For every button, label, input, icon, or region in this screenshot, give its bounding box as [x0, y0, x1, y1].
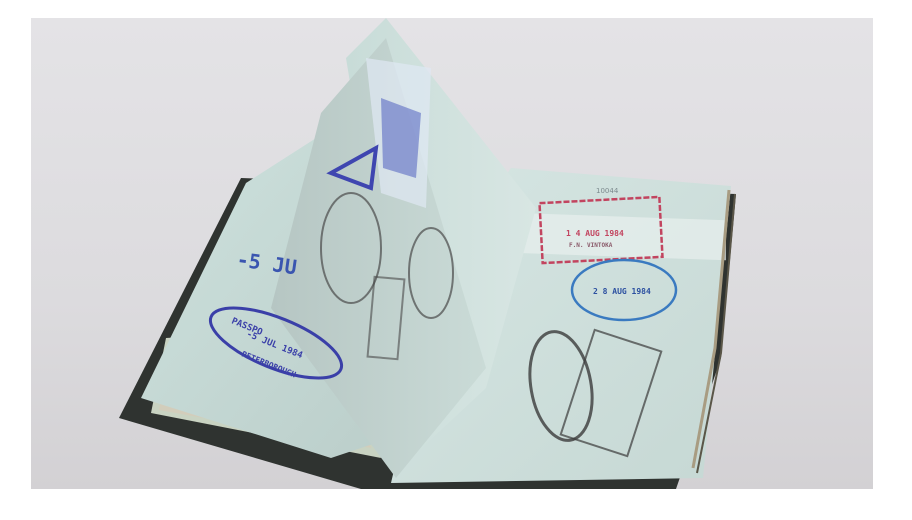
svg-text:2 8 AUG 1984: 2 8 AUG 1984	[593, 287, 651, 296]
passport-illustration: -5 JU PASSPO -5 JUL 1984 PETERBOROUGH 10…	[31, 18, 873, 489]
passport-photo: -5 JU PASSPO -5 JUL 1984 PETERBOROUGH 10…	[31, 18, 873, 489]
svg-text:F.N. VINTOKA: F.N. VINTOKA	[569, 242, 613, 249]
svg-text:1 4 AUG 1984: 1 4 AUG 1984	[566, 229, 624, 238]
svg-text:10044: 10044	[596, 187, 619, 195]
